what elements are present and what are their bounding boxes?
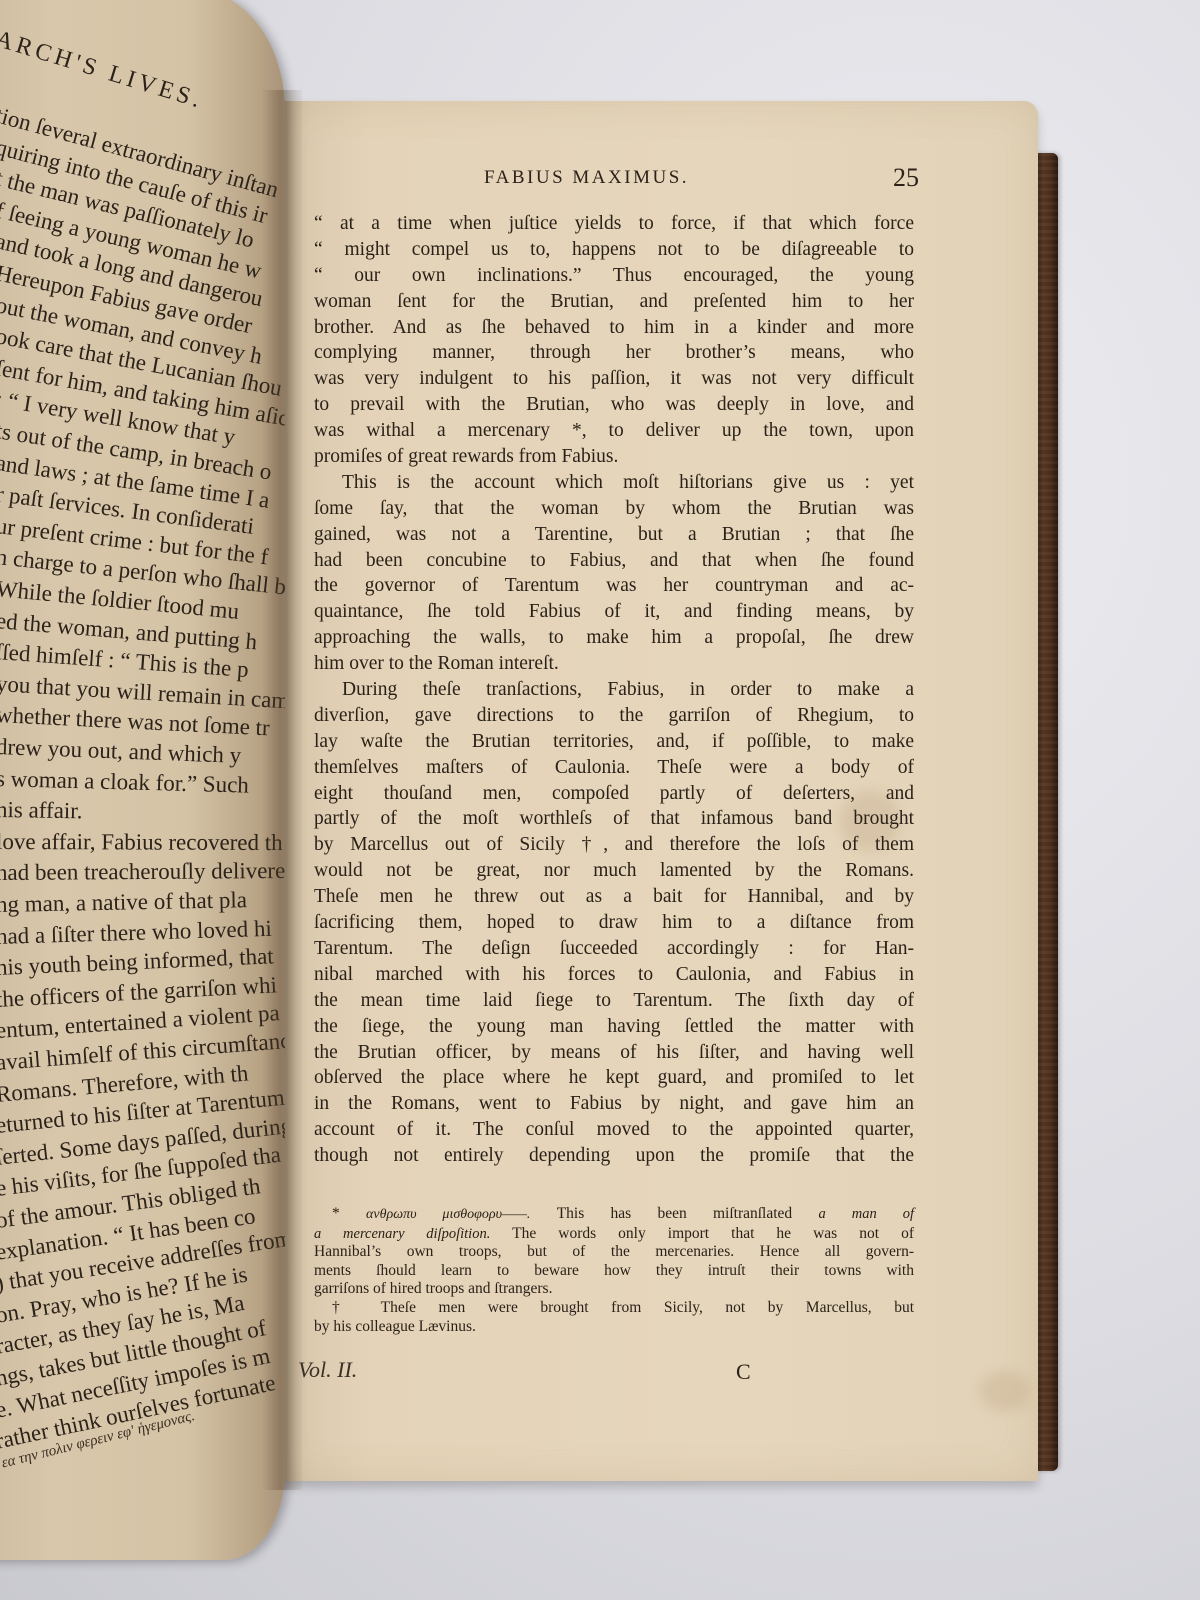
text-line: him over to the Roman intereſt.: [314, 651, 914, 677]
footnote-asterisk-line-4: ments ſhould learn to beware how they in…: [314, 1262, 914, 1281]
left-running-head: ARCH'S LIVES.: [0, 26, 207, 115]
text-line: woman ſent for the Brutian, and preſente…: [314, 289, 914, 315]
footnote-marker: *: [332, 1205, 340, 1222]
text-line: brother. And as ſhe behaved to him in a …: [314, 315, 914, 341]
text-line: would not be great, nor much lamented by…: [314, 858, 914, 884]
text-line: Tarentum. The deſign ſucceeded according…: [314, 936, 914, 962]
text-line: was withal a mercenary *, to deliver up …: [314, 418, 914, 444]
text-line: “ might compel us to, happens not to be …: [314, 237, 914, 263]
text-line: account of it. The conſul moved to the a…: [314, 1117, 914, 1143]
text-line: quaintance, ſhe told Fabius of it, and f…: [314, 599, 914, 625]
footnote-asterisk-line-5: garriſons of hired troops and ſtrangers.: [314, 1280, 914, 1299]
text-line: promiſes of great rewards from Fabius.: [314, 444, 914, 470]
greek-phrase: ανθρωπυ μισθοφορυ——.: [366, 1207, 530, 1222]
text-line: was very indulgent to his paſſion, it wa…: [314, 366, 914, 392]
footnotes: * ανθρωπυ μισθοφορυ——. This has been miſ…: [314, 1205, 914, 1336]
text-line: gained, was not a Tarentine, but a Bruti…: [314, 522, 914, 548]
text-line: in the Romans, went to Fabius by night, …: [314, 1091, 914, 1117]
footnote-dagger-line-2: by his colleague Lævinus.: [314, 1318, 914, 1337]
left-page: ARCH'S LIVES. tion ſeveral extraordinary…: [0, 0, 285, 1560]
text-line: to prevail with the Brutian, who was dee…: [314, 392, 914, 418]
running-head: FABIUS MAXIMUS. 25: [314, 163, 914, 193]
left-text-line: his affair.: [0, 795, 83, 827]
text-line: ſome ſay, that the woman by whom the Bru…: [314, 496, 914, 522]
signature-row: Vol. II. C: [298, 1357, 918, 1387]
text-line: the Brutian officer, by means of his ſiſ…: [314, 1040, 914, 1066]
text-line: the mean time laid ſiege to Tarentum. Th…: [314, 988, 914, 1014]
text-line: approaching the walls, to make him a pro…: [314, 625, 914, 651]
paragraph-start: This is the account which moſt hiſtorian…: [314, 470, 914, 496]
footnote-dagger-line-1: † Theſe men were brought from Sicily, no…: [314, 1299, 914, 1318]
text-line: nibal marched with his forces to Cauloni…: [314, 962, 914, 988]
text-line: ſacrificing them, hoped to draw him to a…: [314, 910, 914, 936]
gathering-signature: C: [736, 1359, 751, 1385]
right-page: FABIUS MAXIMUS. 25 “ at a time when juſt…: [280, 101, 1038, 1481]
volume-mark: Vol. II.: [298, 1357, 357, 1383]
footnote-italic: a man of: [818, 1206, 914, 1222]
page-number: 25: [893, 163, 919, 193]
text-line: had been concubine to Fabius, and that w…: [314, 548, 914, 574]
text-line: “ our own inclinations.” Thus encouraged…: [314, 263, 914, 289]
text-line: complying manner, through her brother’s …: [314, 340, 914, 366]
footnote-italic: a mercenary diſpoſition.: [314, 1226, 490, 1242]
text-line: diverſion, gave directions to the garriſ…: [314, 703, 914, 729]
text-line: themſelves maſters of Caulonia. Theſe we…: [314, 755, 914, 781]
footnote-text: This has been miſtranſlated: [557, 1205, 793, 1222]
text-line: lay waſte the Brutian territories, and, …: [314, 729, 914, 755]
left-text-line: had been treacherouſly delivere: [0, 856, 285, 888]
text-line: eight thouſand men, compoſed partly of d…: [314, 781, 914, 807]
text-line: Theſe men he threw out as a bait for Han…: [314, 884, 914, 910]
footnote-asterisk-line-1: * ανθρωπυ μισθοφορυ——. This has been miſ…: [314, 1205, 914, 1225]
text-line: the ſiege, the young man having ſettled …: [314, 1014, 914, 1040]
body-text: “ at a time when juſtice yields to force…: [314, 211, 914, 1169]
paragraph-start: During theſe tranſactions, Fabius, in or…: [314, 677, 914, 703]
text-line: by Marcellus out of Sicily †, and theref…: [314, 832, 914, 858]
left-text-line: love affair, Fabius recovered th: [0, 827, 283, 858]
footnote-asterisk-line-2: a mercenary diſpoſition. The words only …: [314, 1225, 914, 1244]
footnote-asterisk-line-3: Hannibal’s own troops, but of the mercen…: [314, 1243, 914, 1262]
text-line: though not entirely depending upon the p…: [314, 1143, 914, 1169]
text-line: obſerved the place where he kept guard, …: [314, 1065, 914, 1091]
text-line: the governor of Tarentum was her country…: [314, 573, 914, 599]
text-line: “ at a time when juſtice yields to force…: [314, 211, 914, 237]
text-line: partly of the moſt worthleſs of that inf…: [314, 806, 914, 832]
running-title: FABIUS MAXIMUS.: [484, 167, 689, 189]
footnote-text: The words only import that he was not of: [512, 1225, 914, 1242]
foxing-stain: [980, 1371, 1030, 1411]
